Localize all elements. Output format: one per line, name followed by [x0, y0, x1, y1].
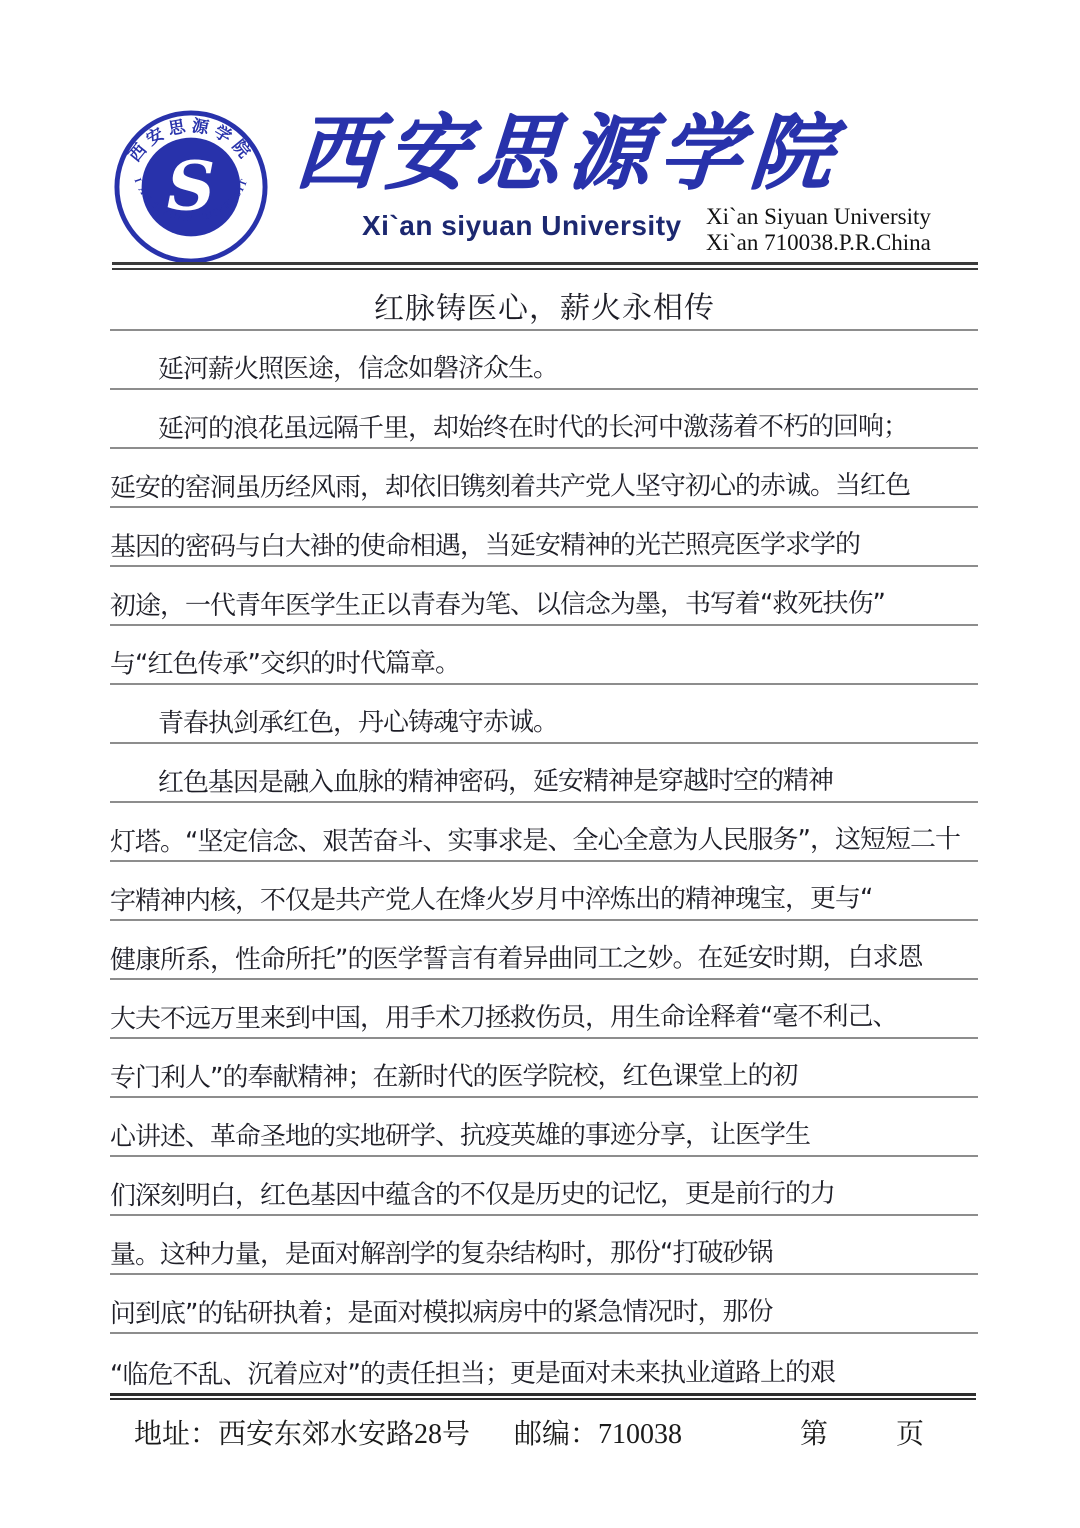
- footer-postcode: 邮编：710038: [514, 1412, 682, 1452]
- header-address-line2: Xi`an 710038.P.R.China: [706, 230, 931, 256]
- footer-page-suffix: 页: [896, 1412, 924, 1452]
- letter-line: 问到底”的钻研执着；是面对模拟病房中的紧急情况时，那份: [110, 1275, 978, 1334]
- letter-line: 延河薪火照医途，信念如磐济众生。: [110, 331, 978, 390]
- university-logo: 西安思源学院 XI`AN SIYUAN UNIVERSITY S: [112, 108, 270, 266]
- letter-line-text: 青春执剑承红色，丹心铸魂守赤诚。: [110, 709, 558, 743]
- letter-line: 量。这种力量，是面对解剖学的复杂结构时，那份“打破砂锅: [110, 1216, 978, 1275]
- letter-title: 红脉铸医心，薪火永相传: [373, 292, 714, 330]
- letter-body: 红脉铸医心，薪火永相传 延河薪火照医途，信念如磐济众生。 延河的浪花虽远隔千里，…: [110, 272, 978, 1400]
- letter-line: 基因的密码与白大褂的使命相遇，当延安精神的光芒照亮医学求学的: [110, 508, 978, 567]
- letter-line-text: 延河的浪花虽远隔千里，却始终在时代的长河中激荡着不朽的回响；: [110, 413, 908, 448]
- footer-page-prefix: 第: [800, 1412, 828, 1452]
- calligraphy-school-name: 西安思源学院: [291, 98, 804, 208]
- header-address-block: Xi`an Siyuan University Xi`an 710038.P.R…: [706, 204, 931, 256]
- footer-address: 地址：西安东郊水安路28号: [134, 1412, 470, 1452]
- letter-line-text: 红色基因是融入血脉的精神密码，延安精神是穿越时空的精神: [110, 767, 833, 802]
- letter-line: 初途，一代青年医学生正以青春为笔、以信念为墨，书写着“救死扶伤”: [110, 567, 978, 626]
- svg-text:S: S: [167, 147, 216, 226]
- header-divider: [112, 262, 978, 270]
- letter-line-text: “临危不乱、沉着应对”的责任担当；更是面对未来执业道路上的艰: [110, 1359, 835, 1394]
- letter-line-text: 量。这种力量，是面对解剖学的复杂结构时，那份“打破砂锅: [110, 1240, 773, 1275]
- letter-line: 青春执剑承红色，丹心铸魂守赤诚。: [110, 685, 978, 744]
- letter-line: 字精神内核，不仅是共产党人在烽火岁月中淬炼出的精神瑰宝，更与“: [110, 862, 978, 921]
- letter-line: 灯塔。“坚定信念、艰苦奋斗、实事求是、全心全意为人民服务”，这短短二十: [110, 803, 978, 862]
- letter-line: 延河的浪花虽远隔千里，却始终在时代的长河中激荡着不朽的回响；: [110, 390, 978, 449]
- letter-line: 专门利人”的奉献精神；在新时代的医学院校，红色课堂上的初: [110, 1039, 978, 1098]
- letter-line-text: 延安的窑洞虽历经风雨，却依旧镌刻着共产党人坚守初心的赤诚。当红色: [110, 472, 910, 507]
- letter-line-text: 心讲述、革命圣地的实地研学、抗疫英雄的事迹分享，让医学生: [110, 1121, 810, 1156]
- letter-line: 红色基因是融入血脉的精神密码，延安精神是穿越时空的精神: [110, 744, 978, 803]
- letter-line-text: 灯塔。“坚定信念、艰苦奋斗、实事求是、全心全意为人民服务”，这短短二十: [110, 826, 960, 861]
- letter-line: 与“红色传承”交织的时代篇章。: [110, 626, 978, 685]
- letter-line: 延安的窑洞虽历经风雨，却依旧镌刻着共产党人坚守初心的赤诚。当红色: [110, 449, 978, 508]
- letter-line-text: 延河薪火照医途，信念如磐济众生。: [110, 355, 558, 389]
- letter-line: 健康所系，性命所托”的医学誓言有着异曲同工之妙。在延安时期，白求恩: [110, 921, 978, 980]
- letter-line-text: 与“红色传承”交织的时代篇章。: [110, 650, 460, 684]
- letterhead-page: 西安思源学院 XI`AN SIYUAN UNIVERSITY S 西安思源学院 …: [0, 0, 1080, 1528]
- letter-line-text: 字精神内核，不仅是共产党人在烽火岁月中淬炼出的精神瑰宝，更与“: [110, 885, 873, 920]
- english-school-name: Xi`an siyuan University: [362, 210, 682, 242]
- letter-line-text: 健康所系，性命所托”的医学誓言有着异曲同工之妙。在延安时期，白求恩: [110, 944, 923, 979]
- header-address-line1: Xi`an Siyuan University: [706, 204, 931, 230]
- letter-line-text: 问到底”的钻研执着；是面对模拟病房中的紧急情况时，那份: [110, 1299, 773, 1334]
- letter-line-text: 初途，一代青年医学生正以青春为笔、以信念为墨，书写着“救死扶伤”: [110, 590, 885, 625]
- university-emblem-icon: 西安思源学院 XI`AN SIYUAN UNIVERSITY S: [112, 108, 270, 266]
- letter-title-row: 红脉铸医心，薪火永相传: [110, 272, 978, 331]
- letter-line-text: 专门利人”的奉献精神；在新时代的医学院校，红色课堂上的初: [110, 1063, 798, 1098]
- letter-line: “临危不乱、沉着应对”的责任担当；更是面对未来执业道路上的艰: [110, 1334, 978, 1393]
- footer: 地址：西安东郊水安路28号 邮编：710038 第 页: [110, 1412, 978, 1462]
- letter-line-text: 大夫不远万里来到中国，用手术刀拯救伤员，用生命诠释着“毫不利己、: [110, 1003, 898, 1038]
- letter-line: 们深刻明白，红色基因中蕴含的不仅是历史的记忆，更是前行的力: [110, 1157, 978, 1216]
- letter-line: 大夫不远万里来到中国，用手术刀拯救伤员，用生命诠释着“毫不利己、: [110, 980, 978, 1039]
- letter-line: 心讲述、革命圣地的实地研学、抗疫英雄的事迹分享，让医学生: [110, 1098, 978, 1157]
- letter-line-text: 们深刻明白，红色基因中蕴含的不仅是历史的记忆，更是前行的力: [110, 1180, 835, 1215]
- letter-line-text: 基因的密码与白大褂的使命相遇，当延安精神的光芒照亮医学求学的: [110, 531, 860, 566]
